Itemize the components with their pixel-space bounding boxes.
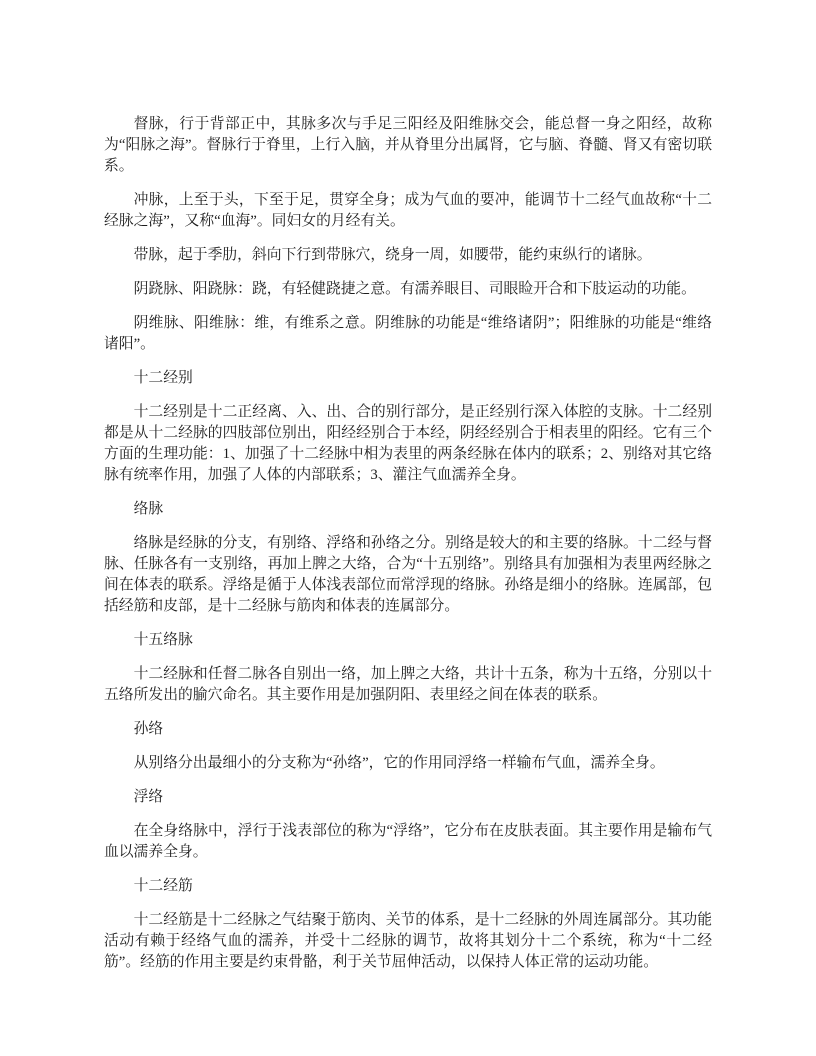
section-heading: 孙络 bbox=[104, 719, 712, 740]
body-paragraph: 带脉，起于季肋，斜向下行到带脉穴，绕身一周，如腰带，能约束纵行的诸脉。 bbox=[104, 245, 712, 266]
body-paragraph: 十二经筋是十二经脉之气结聚于筋肉、关节的体系，是十二经脉的外周连属部分。其功能活… bbox=[104, 910, 712, 973]
body-paragraph: 在全身络脉中，浮行于浅表部位的称为“浮络”，它分布在皮肤表面。其主要作用是输布气… bbox=[104, 821, 712, 863]
body-paragraph: 从别络分出最细小的分支称为“孙络”，它的作用同浮络一样输布气血，濡养全身。 bbox=[104, 753, 712, 774]
document-body: 督脉，行于背部正中，其脉多次与手足三阳经及阳维脉交会，能总督一身之阳经，故称为“… bbox=[104, 114, 712, 973]
body-paragraph: 十二经脉和任督二脉各自别出一络，加上脾之大络，共计十五条，称为十五络，分别以十五… bbox=[104, 664, 712, 706]
section-heading: 十五络脉 bbox=[104, 630, 712, 651]
body-paragraph: 阴跷脉、阳跷脉：跷，有轻健跷捷之意。有濡养眼目、司眼睑开合和下肢运动的功能。 bbox=[104, 279, 712, 300]
section-heading: 十二经筋 bbox=[104, 876, 712, 897]
section-heading: 十二经别 bbox=[104, 368, 712, 389]
body-paragraph: 络脉是经脉的分支，有别络、浮络和孙络之分。别络是较大的和主要的络脉。十二经与督脉… bbox=[104, 533, 712, 617]
body-paragraph: 十二经别是十二正经离、入、出、合的别行部分，是正经别行深入体腔的支脉。十二经别都… bbox=[104, 402, 712, 486]
body-paragraph: 阴维脉、阳维脉：维，有维系之意。阴维脉的功能是“维络诸阴”；阳维脉的功能是“维络… bbox=[104, 313, 712, 355]
body-paragraph: 督脉，行于背部正中，其脉多次与手足三阳经及阳维脉交会，能总督一身之阳经，故称为“… bbox=[104, 114, 712, 177]
document-page: 督脉，行于背部正中，其脉多次与手足三阳经及阳维脉交会，能总督一身之阳经，故称为“… bbox=[0, 0, 816, 1056]
section-heading: 络脉 bbox=[104, 499, 712, 520]
section-heading: 浮络 bbox=[104, 787, 712, 808]
body-paragraph: 冲脉，上至于头，下至于足，贯穿全身；成为气血的要冲，能调节十二经气血故称“十二经… bbox=[104, 190, 712, 232]
